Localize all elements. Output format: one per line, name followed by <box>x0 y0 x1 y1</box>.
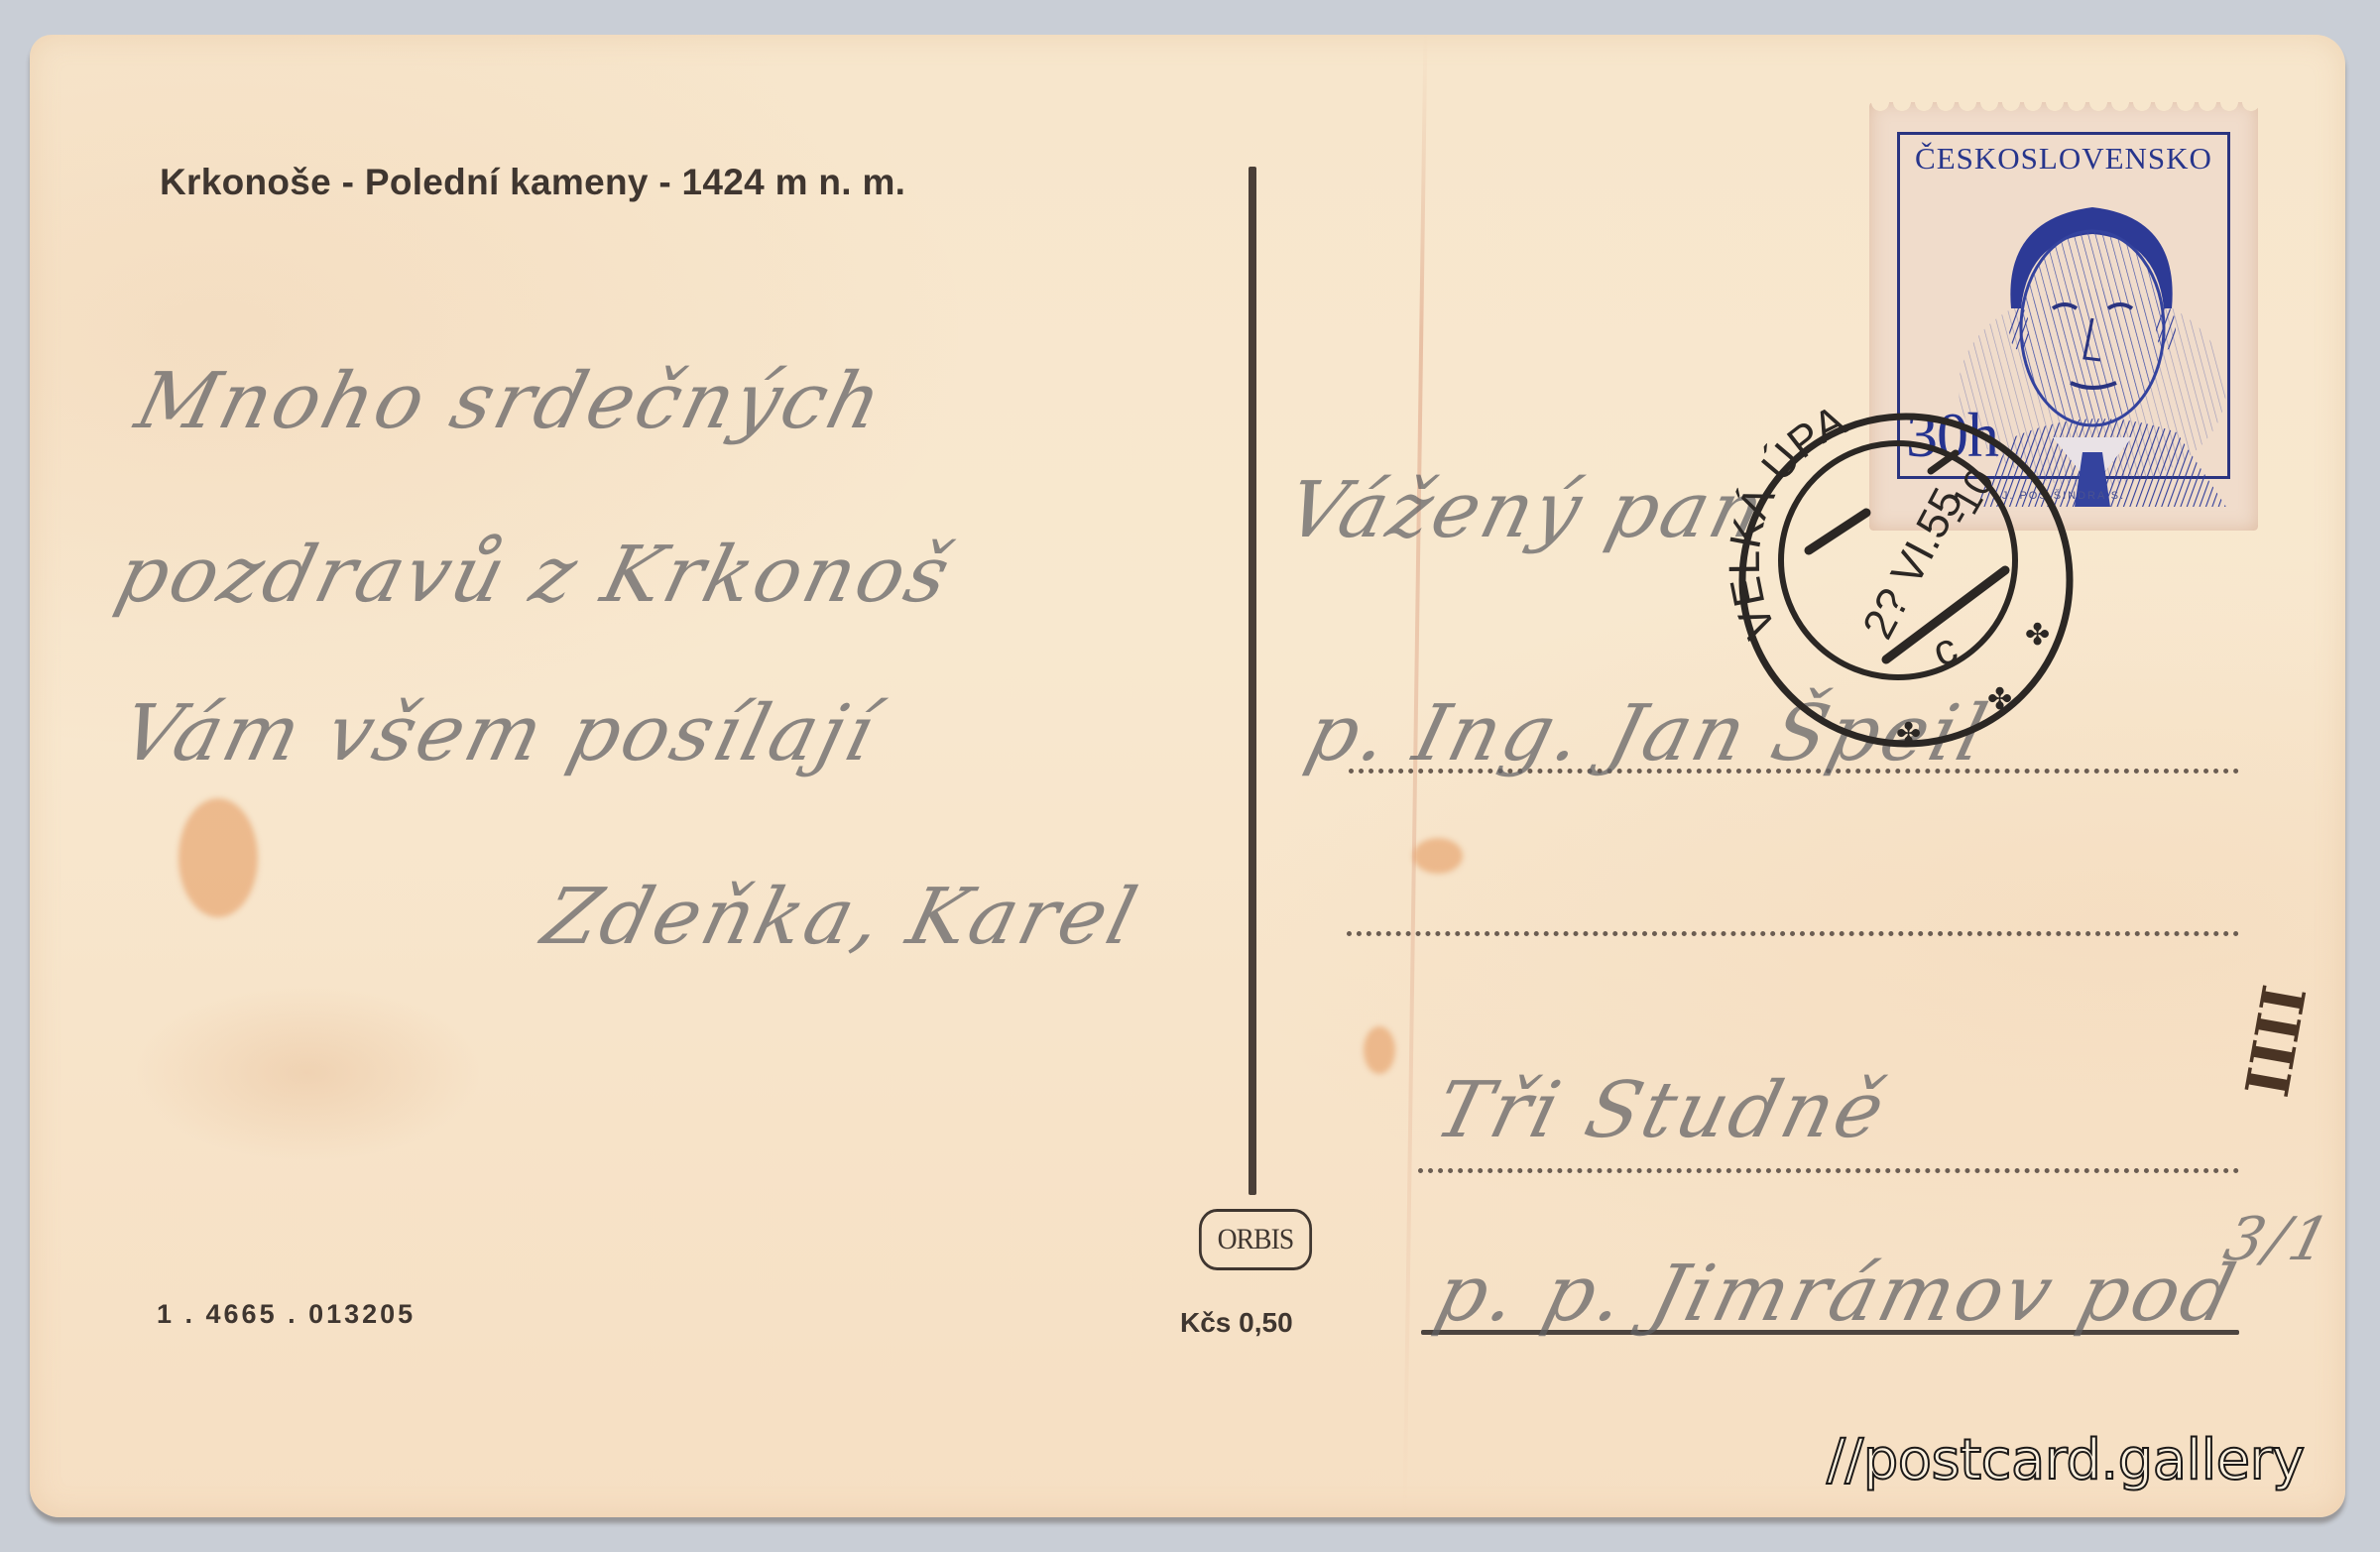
catalog-number: 1 . 4665 . 013205 <box>157 1299 416 1330</box>
message-line-3: Vám všem posílají <box>113 689 886 778</box>
postmark-icon: VELKÁ ÚPA 2? VI.55 -10 c ✤ ✤ ✤ <box>1727 402 2084 759</box>
postcard-caption: Krkonoše - Polední kameny - 1424 m n. m. <box>160 162 905 203</box>
postcard-back: Krkonoše - Polední kameny - 1424 m n. m.… <box>30 35 2345 1517</box>
message-signature: Zdeňka, Karel <box>535 873 1147 962</box>
message-line-1: Mnoho srdečných <box>128 357 893 446</box>
watermark: //postcard.gallery <box>1827 1428 2305 1492</box>
address-annotation: 3/1 <box>2217 1205 2339 1274</box>
publisher-logo: ORBIS <box>1199 1209 1312 1270</box>
svg-text:✤: ✤ <box>2025 619 2050 652</box>
address-town: Tři Studně <box>1427 1066 1896 1155</box>
stamp-country: ČESKOSLOVENSKO <box>1900 141 2227 177</box>
address-post-office: p. p. Jimrámov pod <box>1427 1250 2246 1339</box>
postmark-letter: c <box>1927 624 1963 677</box>
stain <box>178 798 258 917</box>
address-salutation: Vážený pan <box>1278 466 1775 555</box>
ink-tally-marks: IIII <box>2233 981 2320 1103</box>
price-label: Kčs 0,50 <box>1180 1307 1293 1339</box>
message-address-divider <box>1249 167 1256 1195</box>
stain <box>1364 1026 1395 1074</box>
address-line-2 <box>1347 931 2239 936</box>
address-line-3 <box>1418 1168 2239 1173</box>
svg-text:✤: ✤ <box>1896 718 1921 751</box>
message-line-2: pozdravů z Krkonoš <box>108 531 961 620</box>
stain <box>1413 838 1463 874</box>
svg-text:✤: ✤ <box>1987 683 2012 716</box>
